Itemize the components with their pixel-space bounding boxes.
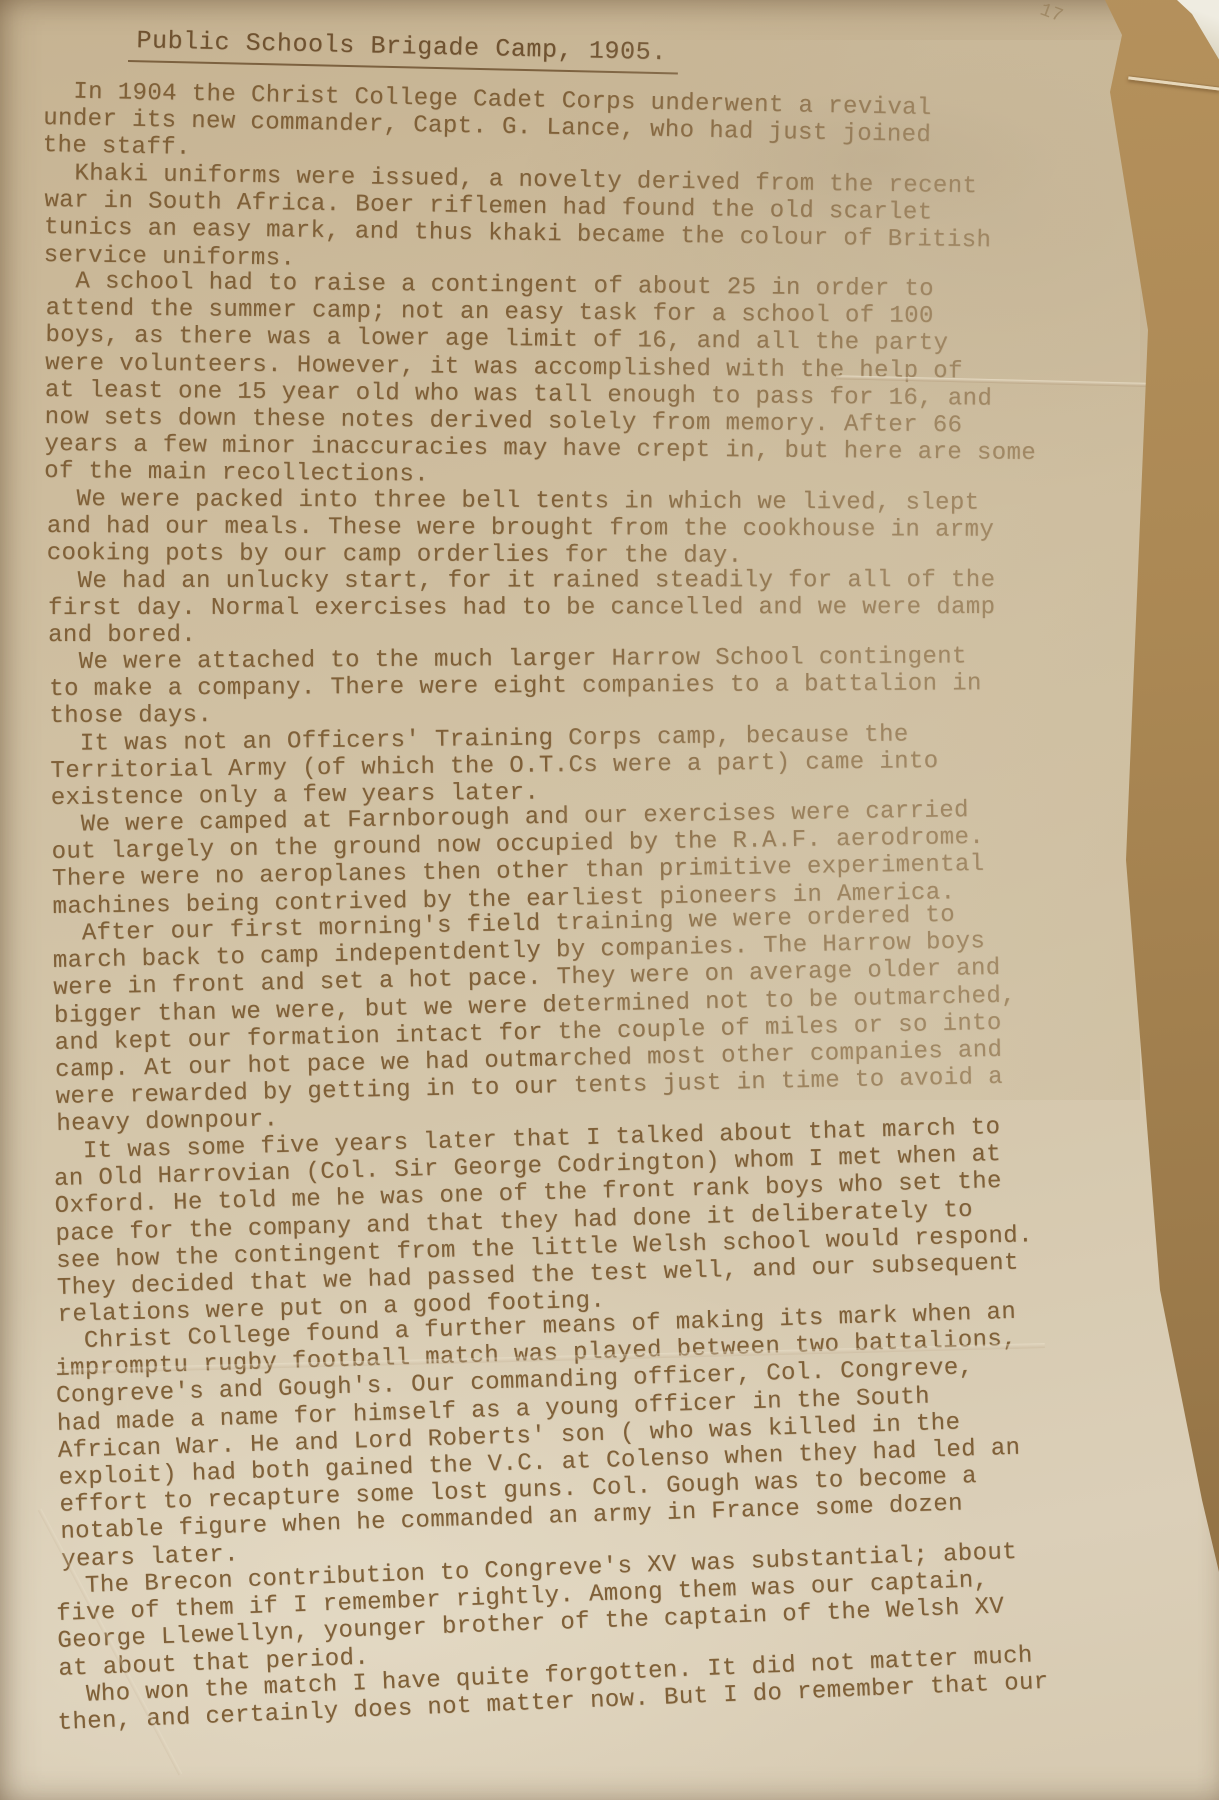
pencil-mark: 17 — [1037, 0, 1066, 27]
paragraph: It was some five years later that I talk… — [53, 1111, 1129, 1330]
page-title: Public Schools Brigade Camp, 1905. — [128, 26, 1219, 62]
paragraph: After our first morning's field training… — [52, 898, 1128, 1138]
paragraph: We were packed into three bell tents in … — [47, 486, 1124, 572]
paragraph: Khaki uniforms were issued, a novelty de… — [43, 160, 1123, 284]
backing-crease — [1128, 76, 1219, 90]
paper-sheet: 17 Public Schools Brigade Camp, 1905. In… — [0, 0, 1219, 1800]
page-title-text: Public Schools Brigade Camp, 1905. — [128, 26, 679, 74]
under-sheet-corner — [1159, 0, 1219, 70]
paragraphs: In 1904 the Christ College Cadet Corps u… — [44, 78, 1124, 1737]
photographed-document: { "colors":{ "backing_brown":"#ab8854", … — [0, 0, 1219, 1800]
paragraph: A school had to raise a contingent of ab… — [44, 268, 1124, 495]
paragraph: Christ College found a further means of … — [54, 1296, 1131, 1574]
paragraph: We were attached to the much larger Harr… — [49, 643, 1124, 731]
paragraph: We had an unlucky start, for it rained s… — [48, 567, 1124, 650]
